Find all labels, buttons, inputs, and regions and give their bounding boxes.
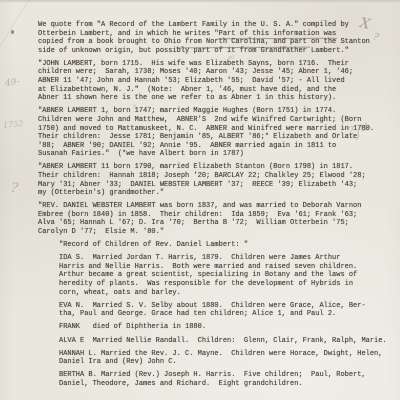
paragraph-frank: FRANK died of Diphtheria in 1880. [38,323,387,332]
record-heading: "Record of Children of Rev. Daniel Lambe… [38,241,387,250]
paragraph-ida: IDA S. Married Jordan T. Harris, 1879. C… [38,254,387,297]
pencil-mark-1747: 9 [133,104,136,110]
underline-mark-carolina [176,46,310,48]
paragraph-john-lambert: "JOHN LAMBERT, born 1715. His wife was E… [38,60,387,103]
paragraph-abner-lambert-1: "ABNER LAMBERT 1, born 1747; married Mag… [38,107,387,159]
paragraph-eva: EVA N. Married S. V. Selby about 1880. C… [38,302,387,319]
paragraph-hannah: HANNAH L. Married the Rev. J. C. Mayne. … [38,350,387,367]
pencil-sayns-mark: 40 [228,55,234,61]
scanned-page: We quote from "A Record of the Lambert F… [0,0,400,400]
pencil-paren-mark: ) [356,132,360,142]
paragraph-abner-lambert-11: "ABNER LAMBERT 11 born 1790, married Eli… [38,163,387,197]
pencil-margin-number: 49- [4,77,20,89]
paragraph-bertha: BERTHA B. Married (Rev.) Joseph H. Harri… [38,371,387,388]
typewritten-text-block: We quote from "A Record of the Lambert F… [0,0,393,393]
paragraph-daniel-webster: "REV. DANIEL WEBSTER LAMBERT was born 18… [38,202,387,236]
pencil-mark-stanton: 7 [240,159,243,165]
paragraph-alva: ALVA E Married Nellie Randall. Children:… [38,337,387,346]
